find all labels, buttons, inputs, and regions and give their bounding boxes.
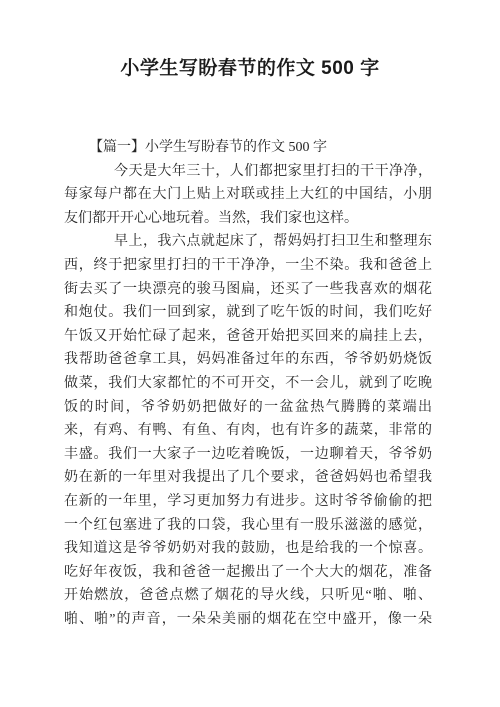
essay-line: 丰盛。我们一大家子一边吃着晚饭，一边聊着天，爷爷奶 (64, 443, 432, 467)
essay-line: 每家每户都在大门上贴上对联或挂上大红的中国结，小朋 (64, 183, 432, 207)
essay-line: 【篇一】小学生写盼春节的作文 500 字 (64, 136, 432, 160)
essay-line: 在新的一年里，学习更加努力有进步。这时爷爷偷偷的把 (64, 490, 432, 514)
essay-line: 吃好年夜饭，我和爸爸一起搬出了一个大大的烟花，准备 (64, 561, 432, 585)
essay-line: 早上，我六点就起床了，帮妈妈打扫卫生和整理东 (64, 230, 432, 254)
essay-line: 友们都开开心心地玩着。当然，我们家也这样。 (64, 207, 432, 231)
essay-line: 西，终于把家里打扫的干干净净，一尘不染。我和爸爸上 (64, 254, 432, 278)
essay-line: 午饭又开始忙碌了起来，爸爸开始把买回来的扁挂上去， (64, 325, 432, 349)
essay-line: 我帮助爸爸拿工具，妈妈准备过年的东西，爷爷奶奶烧饭 (64, 348, 432, 372)
document-title: 小学生写盼春节的作文 500 字 (0, 54, 500, 84)
essay-line: 我知道这是爷爷奶奶对我的鼓励，也是给我的一个惊喜。 (64, 537, 432, 561)
essay-line: 街去买了一块漂亮的骏马图扁，还买了一些我喜欢的烟花 (64, 278, 432, 302)
essay-line: 奶在新的一年里对我提出了几个要求，爸爸妈妈也希望我 (64, 466, 432, 490)
document-page: 小学生写盼春节的作文 500 字 【篇一】小学生写盼春节的作文 500 字今天是… (0, 0, 500, 707)
essay-line: 做菜，我们大家都忙的不可开交，不一会儿，就到了吃晚 (64, 372, 432, 396)
essay-line: 一个红包塞进了我的口袋，我心里有一股乐滋滋的感觉， (64, 514, 432, 538)
essay-line: 来，有鸡、有鸭、有鱼、有肉，也有许多的蔬菜，非常的 (64, 419, 432, 443)
essay-line: 开始燃放，爸爸点燃了烟花的导火线，只听见“啪、啪、 (64, 584, 432, 608)
essay-body: 【篇一】小学生写盼春节的作文 500 字今天是大年三十，人们都把家里打扫的干干净… (64, 136, 432, 631)
essay-line: 啪、啪”的声音，一朵朵美丽的烟花在空中盛开，像一朵 (64, 608, 432, 632)
essay-line: 饭的时间，爷爷奶奶把做好的一盆盆热气腾腾的菜端出 (64, 396, 432, 420)
essay-line: 今天是大年三十，人们都把家里打扫的干干净净， (64, 160, 432, 184)
essay-line: 和炮仗。我们一回到家，就到了吃午饭的时间，我们吃好 (64, 301, 432, 325)
